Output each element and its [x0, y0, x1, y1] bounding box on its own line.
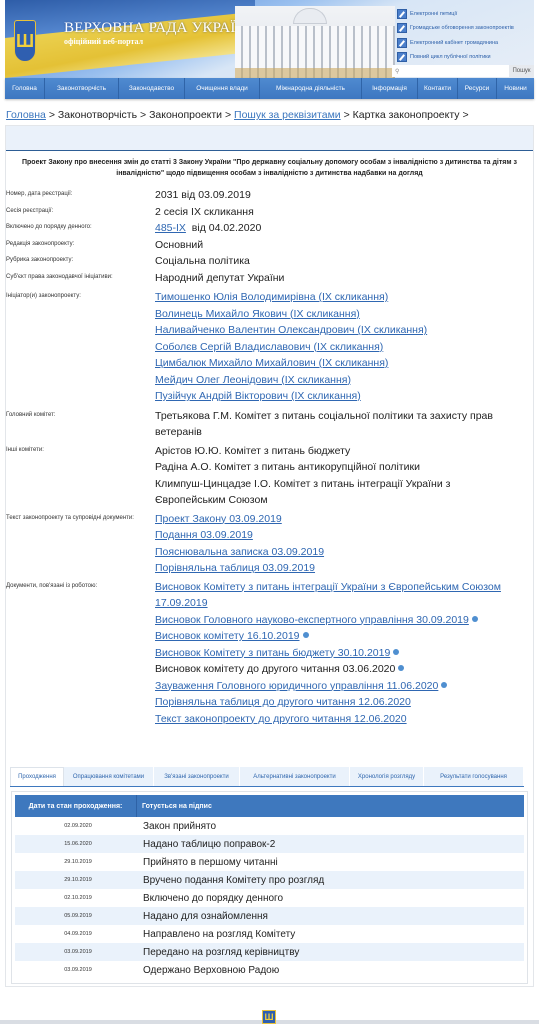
stage-date: 04.09.2019 — [15, 931, 141, 937]
nav-item-news[interactable]: Новини — [497, 78, 534, 99]
card-header — [6, 126, 533, 151]
stage-row: 04.09.2019Направлено на розгляд Комітету — [15, 925, 524, 943]
breadcrumb-home[interactable]: Головна — [6, 109, 46, 121]
breadcrumb-lawmaking: Законотворчість — [58, 109, 137, 121]
row-session: Сесія реєстрації: 2 сесія IX скликання — [6, 204, 522, 221]
related-doc-link[interactable]: Висновок Головного науково-експертного у… — [155, 614, 469, 626]
stage-status: Закон прийнято — [141, 821, 216, 832]
site-title[interactable]: ВЕРХОВНА РАДА УКРАЇНИ — [64, 20, 258, 37]
row-edition: Редакція законопроекту: Основний — [6, 237, 522, 254]
breadcrumb-bills: Законопроекти — [149, 109, 222, 121]
related-doc-link[interactable]: Текст законопроекту до другого читання 1… — [155, 713, 407, 725]
stage-date: 05.09.2019 — [15, 913, 141, 919]
stages-header: Дати та стан проходження: Готується на п… — [15, 795, 524, 817]
stage-row: 03.09.2019Одержано Верховною Радою — [15, 961, 524, 979]
site-subtitle: офіційний веб-портал — [64, 37, 143, 46]
nav-item-home[interactable]: Головна — [5, 78, 45, 99]
stage-row: 02.09.2020Закон прийнято — [15, 817, 524, 835]
related-doc-link[interactable]: Зауваження Головного юридичного управлін… — [155, 680, 438, 692]
breadcrumb: Головна > Законотворчість > Законопроект… — [6, 109, 469, 121]
info-icon[interactable] — [303, 632, 309, 638]
related-doc-text: Висновок комітету до другого читання 03.… — [155, 663, 395, 675]
stage-row: 02.10.2019Включено до порядку денного — [15, 889, 524, 907]
tab-committees[interactable]: Опрацювання комітетами — [64, 767, 154, 786]
edit-icon — [397, 23, 407, 33]
stage-date: 29.10.2019 — [15, 877, 141, 883]
initiator-link[interactable]: Мейдич Олег Леонідович (IX скликання) — [155, 374, 351, 386]
nav-item-resources[interactable]: Ресурси — [458, 78, 497, 99]
row-agenda: Включено до порядку денного: 485-IX від … — [6, 220, 522, 237]
row-related-docs: Документи, пов'язані із роботою: Висново… — [6, 579, 522, 728]
registration-value: 2031 від 03.09.2019 — [155, 187, 522, 204]
info-icon[interactable] — [441, 682, 447, 688]
breadcrumb-bill-card: Картка законопроекту — [353, 109, 460, 121]
stage-date: 29.10.2019 — [15, 859, 141, 865]
stage-row: 03.09.2019Передано на розгляд керівництв… — [15, 943, 524, 961]
stage-date: 03.09.2019 — [15, 949, 141, 955]
related-doc-link[interactable]: Висновок Комітету з питань бюджету 30.10… — [155, 647, 390, 659]
stage-row: 29.10.2019Прийнято в першому читанні — [15, 853, 524, 871]
initiator-link[interactable]: Цимбалюк Михайло Михайлович (IX скликанн… — [155, 357, 388, 369]
row-texts: Текст законопроекту та супровідні докуме… — [6, 511, 522, 577]
trident-icon: Ш — [262, 1010, 276, 1024]
stage-date: 15.06.2020 — [15, 841, 141, 847]
search-button[interactable]: Пошук — [509, 65, 534, 77]
stage-row: 29.10.2019Вручено подання Комітету про р… — [15, 871, 524, 889]
initiator-link[interactable]: Соболєв Сергій Владиславович (IX скликан… — [155, 341, 383, 353]
breadcrumb-search[interactable]: Пошук за реквізитами — [234, 109, 341, 121]
stage-row: 15.06.2020Надано таблицю поправок-2 — [15, 835, 524, 853]
tab-alternative-bills[interactable]: Альтернативні законопроекти — [240, 767, 350, 786]
row-main-committee: Головний комітет: Третьякова Г.М. Коміте… — [6, 408, 522, 441]
portal-link-citizen-cabinet[interactable]: Електронний кабінет громадянина — [397, 37, 534, 48]
initiator-link[interactable]: Пузійчук Андрій Вікторович (IX скликання… — [155, 390, 361, 402]
search-input[interactable]: ⚲ — [392, 65, 509, 77]
initiator-link[interactable]: Волинець Михайло Якович (IX скликання) — [155, 308, 360, 320]
portal-link-policy-cycle[interactable]: Повний цикл публічної політики — [397, 51, 534, 62]
nav-item-international[interactable]: Міжнародна діяльність — [260, 78, 362, 99]
stage-status: Одержано Верховною Радою — [141, 965, 279, 976]
bill-info: Номер, дата реєстрації: 2031 від 03.09.2… — [6, 187, 522, 727]
portal-link-petitions[interactable]: Електронні петиції — [397, 8, 534, 19]
document-link[interactable]: Порівняльна таблиця 03.09.2019 — [155, 562, 315, 574]
tab-passage[interactable]: Проходження — [10, 767, 64, 786]
row-registration: Номер, дата реєстрації: 2031 від 03.09.2… — [6, 187, 522, 204]
row-rubric: Рубрика законопроекту: Соціальна політик… — [6, 253, 522, 270]
info-icon[interactable] — [398, 665, 404, 671]
tab-chronology[interactable]: Хронологія розгляду — [350, 767, 424, 786]
initiator-link[interactable]: Наливайченко Валентин Олександрович (IX … — [155, 324, 427, 336]
row-initiators: Ініціатор(и) законопроекту: Тимошенко Юл… — [6, 289, 522, 405]
info-icon[interactable] — [393, 649, 399, 655]
parliament-building-image — [235, 6, 395, 78]
bill-tabs: Проходження Опрацювання комітетами Зв'яз… — [10, 767, 524, 787]
nav-item-lawmaking[interactable]: Законотворчість — [45, 78, 119, 99]
document-link[interactable]: Проект Закону 03.09.2019 — [155, 513, 282, 525]
stage-status: Передано на розгляд керівництву — [141, 947, 299, 958]
row-other-committees: Інші комітети: Арістов Ю.Ю. Комітет з пи… — [6, 443, 522, 509]
stage-date: 02.10.2019 — [15, 895, 141, 901]
current-status: Готується на підпис — [137, 803, 212, 810]
initiator-link[interactable]: Тимошенко Юлія Володимирівна (IX скликан… — [155, 291, 388, 303]
edit-icon — [397, 38, 407, 48]
trident-icon[interactable]: Ш — [14, 20, 36, 62]
related-doc-link[interactable]: Порівняльна таблиця до другого читання 1… — [155, 696, 411, 708]
portal-links: Електронні петиції Громадське обговоренн… — [397, 8, 534, 65]
bill-title: Проект Закону про внесення змін до статт… — [6, 151, 533, 179]
stage-status: Вручено подання Комітету про розгляд — [141, 875, 324, 886]
stage-date: 02.09.2020 — [15, 823, 141, 829]
portal-link-public-discussion[interactable]: Громадське обговорення законопроектів — [397, 22, 534, 33]
nav-item-information[interactable]: Інформація — [362, 78, 418, 99]
search-bar: ⚲ Пошук — [392, 65, 534, 77]
main-nav: Головна Законотворчість Законодавство Оч… — [5, 78, 534, 99]
related-doc-link[interactable]: Висновок комітету 16.10.2019 — [155, 630, 300, 642]
agenda-link[interactable]: 485-IX — [155, 222, 186, 234]
nav-item-contacts[interactable]: Контакти — [418, 78, 458, 99]
info-icon[interactable] — [472, 616, 478, 622]
tab-voting-results[interactable]: Результати голосування — [424, 767, 524, 786]
stage-status: Надано для ознайомлення — [141, 911, 268, 922]
stage-status: Включено до порядку денного — [141, 893, 283, 904]
document-link[interactable]: Пояснювальна записка 03.09.2019 — [155, 546, 324, 558]
stage-status: Прийнято в першому читанні — [141, 857, 278, 868]
stage-status: Направлено на розгляд Комітету — [141, 929, 295, 940]
search-icon: ⚲ — [395, 68, 399, 75]
stage-status: Надано таблицю поправок-2 — [141, 839, 275, 850]
nav-item-legislation[interactable]: Законодавство — [119, 78, 185, 99]
edit-icon — [397, 9, 407, 19]
document-link[interactable]: Подання 03.09.2019 — [155, 529, 253, 541]
related-doc-link[interactable]: Висновок Комітету з питань інтеграції Ук… — [155, 581, 501, 610]
edit-icon — [397, 52, 407, 62]
stage-date: 03.09.2019 — [15, 967, 141, 973]
tab-linked-bills[interactable]: Зв'язані законопроекти — [154, 767, 240, 786]
row-subject: Суб'єкт права законодавчої ініціативи: Н… — [6, 270, 522, 287]
stages-table: Дати та стан проходження: Готується на п… — [15, 795, 524, 979]
stage-row: 05.09.2019Надано для ознайомлення — [15, 907, 524, 925]
nav-item-lustration[interactable]: Очищення влади — [185, 78, 260, 99]
